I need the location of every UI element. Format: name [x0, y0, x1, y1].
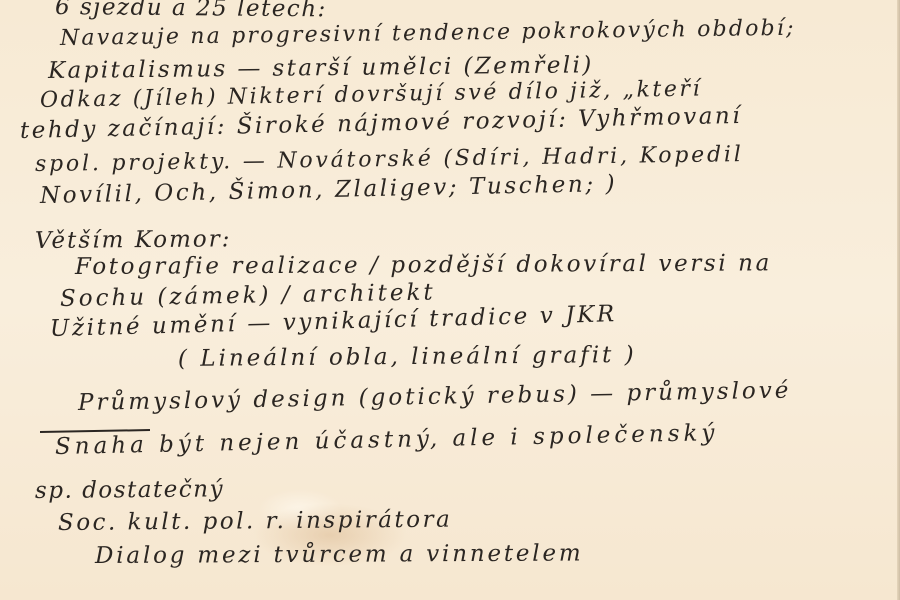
line-8: Větším Komor: — [35, 226, 232, 254]
line-16: Soc. kult. pol. r. inspirátora — [58, 507, 452, 536]
line-1: 6 sjezdu a 25 letech: — [55, 0, 327, 22]
line-12: ( Lineální obla, lineální grafit ) — [178, 342, 637, 372]
line-17: Dialog mezi tvůrcem a vinnetelem — [95, 540, 584, 569]
line-9: Fotografie realizace / pozdější dokovíra… — [75, 250, 772, 280]
line-15: sp. dostatečný — [35, 476, 224, 504]
